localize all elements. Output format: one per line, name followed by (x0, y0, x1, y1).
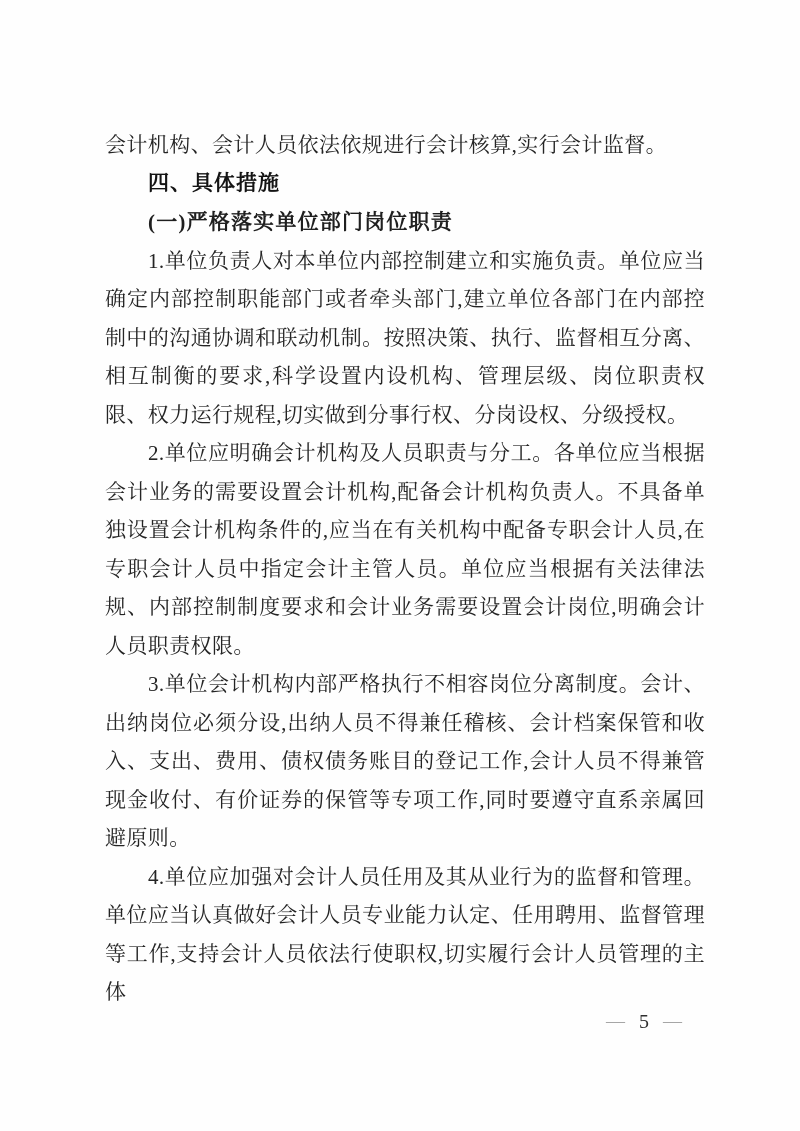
page-number-value: 5 (639, 1010, 649, 1034)
page-number: — 5 — (606, 1010, 682, 1034)
subsection-heading: (一)严格落实单位部门岗位职责 (105, 203, 705, 242)
paragraph-item-1: 1.单位负责人对本单位内部控制建立和实施负责。单位应当确定内部控制职能部门或者牵… (105, 242, 705, 435)
section-heading: 四、具体措施 (105, 165, 705, 204)
page-number-dash-left: — (606, 1010, 625, 1034)
document-page: 会计机构、会计人员依法依规进行会计核算,实行会计监督。 四、具体措施 (一)严格… (0, 0, 800, 1131)
page-number-dash-right: — (663, 1010, 682, 1034)
paragraph-item-2: 2.单位应明确会计机构及人员职责与分工。各单位应当根据会计业务的需要设置会计机构… (105, 434, 705, 665)
document-body: 会计机构、会计人员依法依规进行会计核算,实行会计监督。 四、具体措施 (一)严格… (105, 126, 705, 1012)
paragraph-item-3: 3.单位会计机构内部严格执行不相容岗位分离制度。会计、出纳岗位必须分设,出纳人员… (105, 665, 705, 858)
paragraph-continuation: 会计机构、会计人员依法依规进行会计核算,实行会计监督。 (105, 126, 705, 165)
paragraph-item-4: 4.单位应加强对会计人员任用及其从业行为的监督和管理。单位应当认真做好会计人员专… (105, 858, 705, 1012)
